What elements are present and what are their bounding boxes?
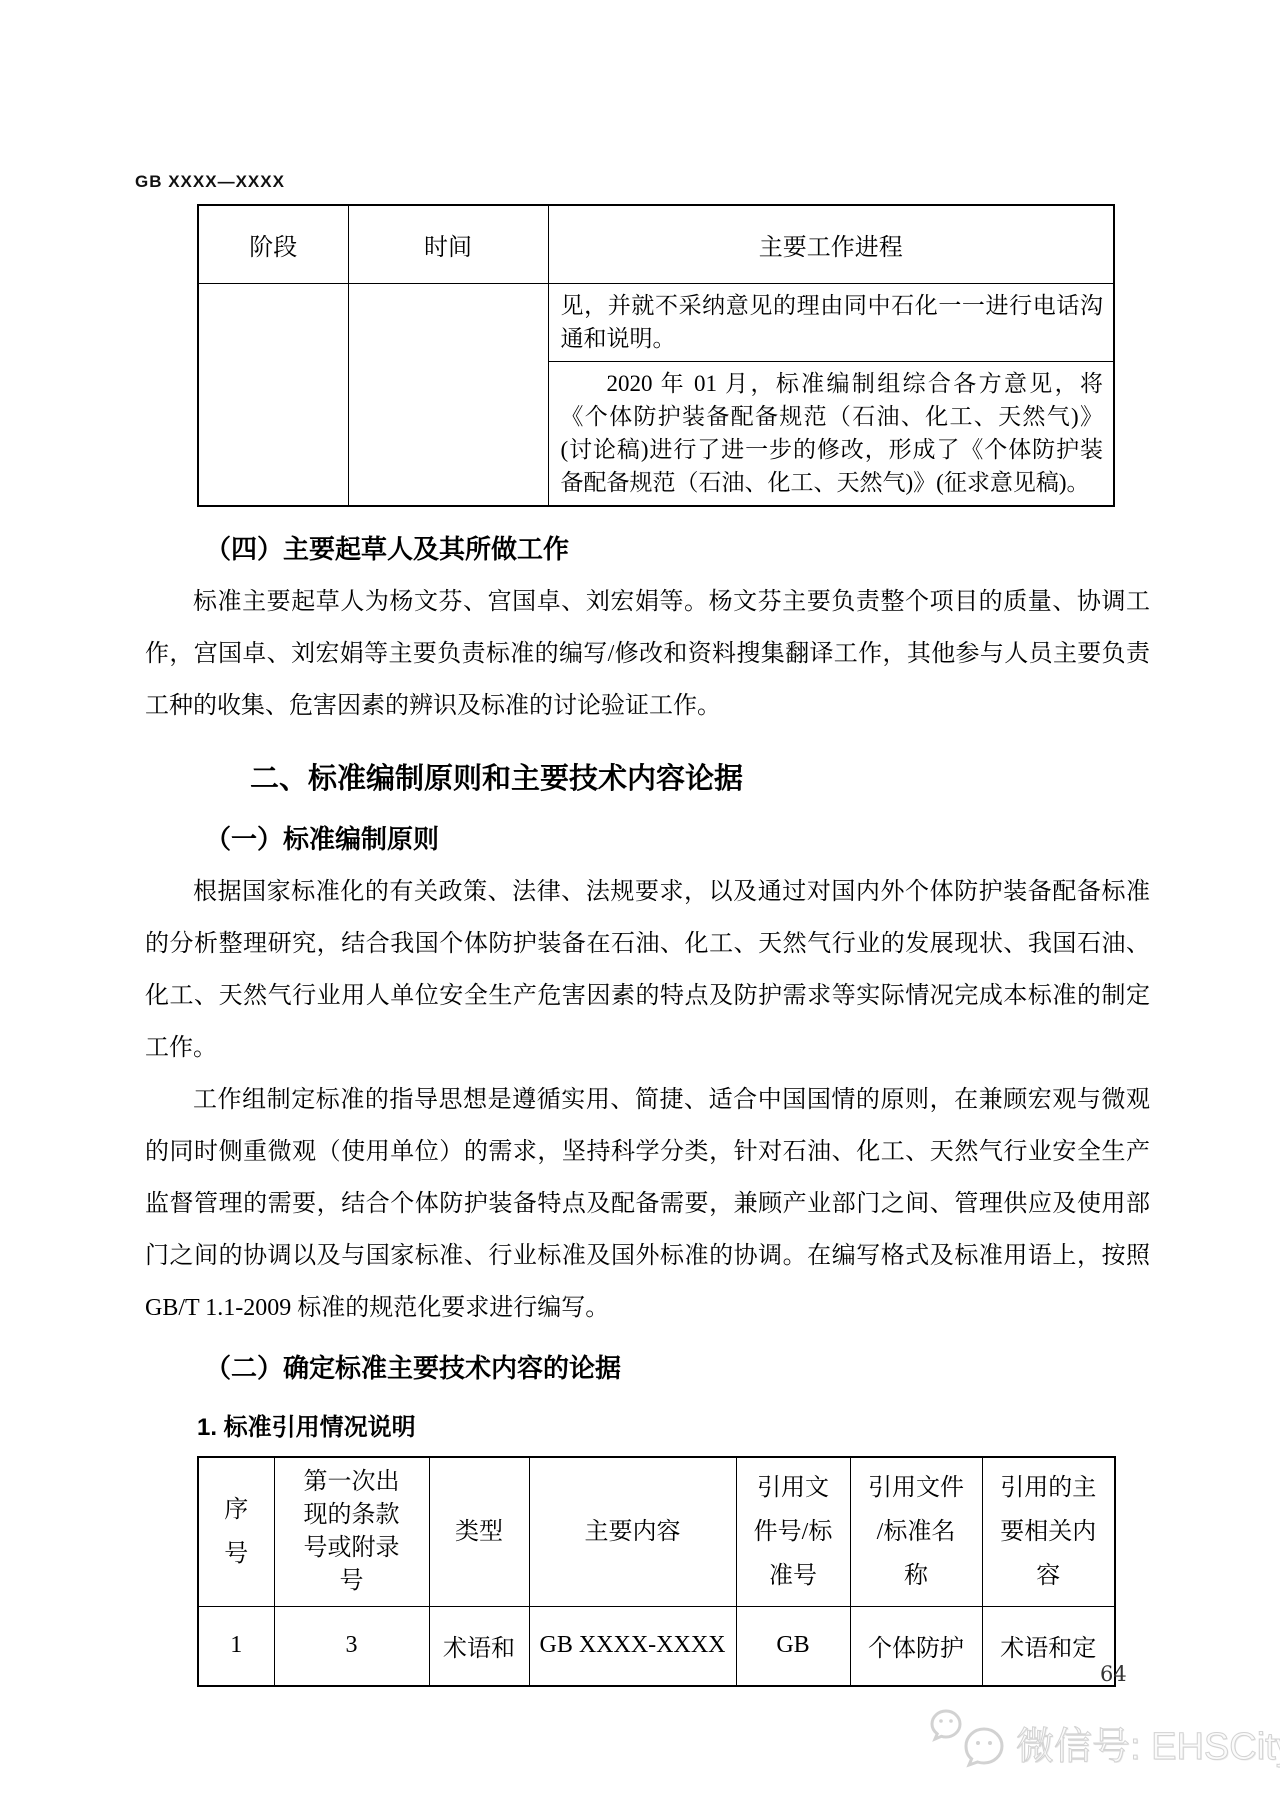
wechat-watermark: 微信号: EHSCity [930, 1708, 1280, 1777]
page-content: GB XXXX—XXXX 阶段 时间 主要工作进程 见，并就不采纳意见的理由同中… [0, 0, 1280, 1687]
citation-row: 1 3 术语和 GB XXXX-XXXX GB 个体防护 术语和定 [198, 1606, 1115, 1686]
watermark-label: 微信号: EHSCity [1016, 1715, 1280, 1770]
header-type: 类型 [429, 1457, 529, 1607]
header-cited-related-content: 引用的主 要相关内 容 [982, 1457, 1115, 1607]
progress-cell-a: 见，并就不采纳意见的理由同中石化一一进行电话沟通和说明。 [548, 283, 1114, 361]
work-progress-row: 见，并就不采纳意见的理由同中石化一一进行电话沟通和说明。 [198, 283, 1114, 361]
cell-cited-doc-name: 个体防护 [850, 1606, 982, 1686]
stage-cell-empty [198, 283, 348, 506]
heading-basis: （二）确定标准主要技术内容的论据 [205, 1348, 1150, 1385]
paragraph-principle-2: 工作组制定标准的指导思想是遵循实用、简捷、适合中国国情的原则，在兼顾宏观与微观的… [145, 1074, 1150, 1334]
page-number: 64 [1100, 1662, 1127, 1686]
paragraph-principle-1: 根据国家标准化的有关政策、法律、法规要求，以及通过对国内外个体防护装备配备标准的… [145, 866, 1150, 1074]
header-main-progress: 主要工作进程 [548, 205, 1114, 283]
time-cell-empty [348, 283, 548, 506]
header-time: 时间 [348, 205, 548, 283]
header-main-content: 主要内容 [529, 1457, 736, 1607]
citation-table: 序 号 第一次出 现的条款 号或附录 号 类型 主要内容 引用文 件号/标 准号… [197, 1456, 1116, 1688]
work-progress-header-row: 阶段 时间 主要工作进程 [198, 205, 1114, 283]
paragraph-drafters: 标准主要起草人为杨文芬、宫国卓、刘宏娟等。杨文芬主要负责整个项目的质量、协调工作… [145, 576, 1150, 732]
header-first-clause: 第一次出 现的条款 号或附录 号 [274, 1457, 429, 1607]
header-serial-number: 序 号 [198, 1457, 274, 1607]
heading-drafters: （四）主要起草人及其所做工作 [205, 529, 1150, 566]
doc-code: GB XXXX—XXXX [135, 172, 1150, 192]
wechat-icon [930, 1708, 1008, 1777]
heading-citation: 1. 标准引用情况说明 [197, 1407, 1150, 1442]
progress-cell-b: 2020 年 01 月，标准编制组综合各方意见，将《个体防护装备配备规范（石油、… [548, 361, 1114, 506]
citation-header-row: 序 号 第一次出 现的条款 号或附录 号 类型 主要内容 引用文 件号/标 准号… [198, 1457, 1115, 1607]
heading-principles: 二、标准编制原则和主要技术内容论据 [250, 756, 1150, 797]
cell-main-content: GB XXXX-XXXX [529, 1606, 736, 1686]
cell-serial-number: 1 [198, 1606, 274, 1686]
header-stage: 阶段 [198, 205, 348, 283]
cell-cited-related-content: 术语和定 [982, 1606, 1115, 1686]
work-progress-table: 阶段 时间 主要工作进程 见，并就不采纳意见的理由同中石化一一进行电话沟通和说明… [197, 204, 1115, 507]
document-page: GB XXXX—XXXX 阶段 时间 主要工作进程 见，并就不采纳意见的理由同中… [0, 0, 1280, 1810]
heading-principle-rules: （一）标准编制原则 [205, 819, 1150, 856]
cell-cited-doc-number: GB [736, 1606, 850, 1686]
header-cited-doc-name: 引用文件 /标准名 称 [850, 1457, 982, 1607]
header-cited-doc-number: 引用文 件号/标 准号 [736, 1457, 850, 1607]
cell-type: 术语和 [429, 1606, 529, 1686]
cell-first-clause: 3 [274, 1606, 429, 1686]
